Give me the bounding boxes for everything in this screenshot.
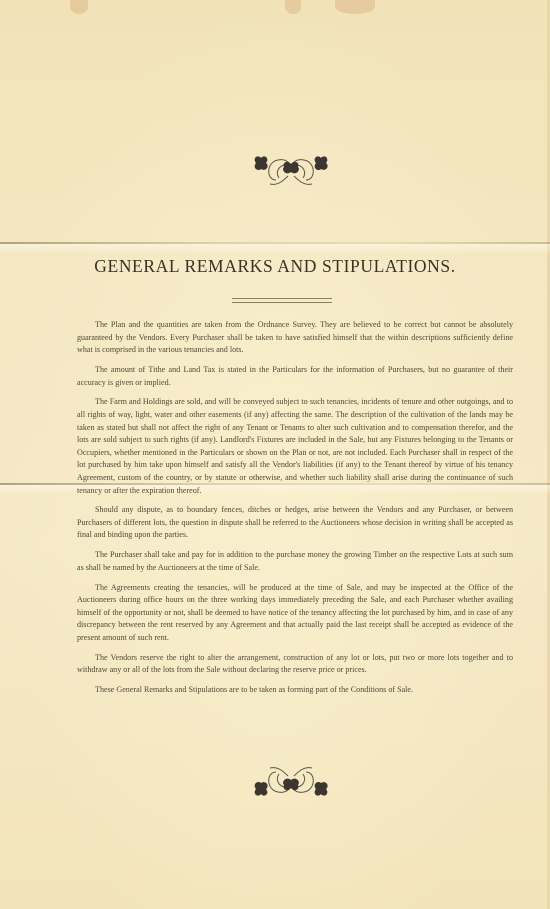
paper-stain bbox=[335, 0, 375, 14]
page-title: GENERAL REMARKS AND STIPULATIONS. bbox=[0, 256, 550, 277]
fold-highlight bbox=[0, 244, 550, 254]
paragraph-ordnance-survey: The Plan and the quantities are taken fr… bbox=[77, 319, 513, 357]
paragraph-timber: The Purchaser shall take and pay for in … bbox=[77, 549, 513, 574]
paper-fold bbox=[0, 242, 550, 244]
paragraph-disputes: Should any dispute, as to boundary fence… bbox=[77, 504, 513, 542]
title-divider bbox=[232, 298, 332, 303]
paper-stain bbox=[285, 0, 301, 14]
paper-stain bbox=[70, 0, 88, 14]
paragraph-conditions: These General Remarks and Stipulations a… bbox=[77, 684, 513, 697]
paragraph-vendor-rights: The Vendors reserve the right to alter t… bbox=[77, 652, 513, 677]
paragraph-tithe-land-tax: The amount of Tithe and Land Tax is stat… bbox=[77, 364, 513, 389]
floral-ornament-icon bbox=[248, 762, 334, 802]
floral-ornament-icon bbox=[248, 150, 334, 190]
stipulations-body: The Plan and the quantities are taken fr… bbox=[77, 319, 513, 704]
paragraph-tenancies: The Farm and Holdings are sold, and will… bbox=[77, 396, 513, 497]
paragraph-agreements: The Agreements creating the tenancies, w… bbox=[77, 582, 513, 645]
document-page: GENERAL REMARKS AND STIPULATIONS. The Pl… bbox=[0, 0, 550, 909]
